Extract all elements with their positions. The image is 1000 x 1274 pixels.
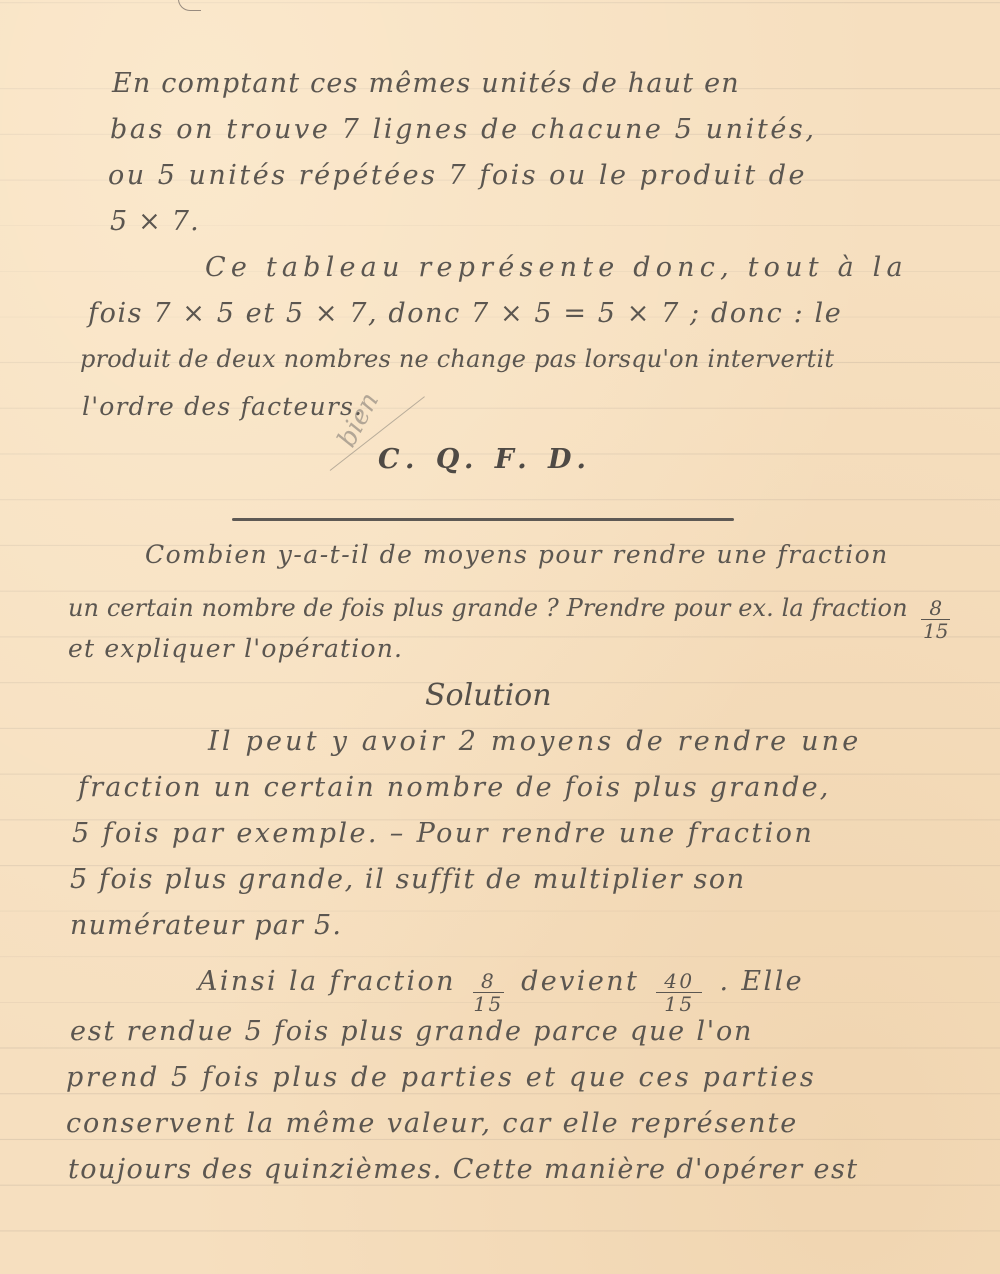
solution-line: conservent la même valeur, car elle repr…	[66, 1108, 798, 1139]
text-line: En comptant ces mêmes unités de haut en	[112, 68, 962, 99]
fraction-denominator: 15	[664, 993, 694, 1015]
fraction-numerator: 8	[921, 597, 950, 620]
fraction-denominator: 15	[923, 620, 949, 642]
qed-conclusion: C. Q. F. D.	[378, 444, 592, 475]
solution-line: est rendue 5 fois plus grande parce que …	[70, 1016, 753, 1047]
solution-line: 5 fois plus grande, il suffit de multipl…	[70, 864, 746, 895]
handwritten-text: En comptant ces mêmes unités de haut en	[112, 68, 740, 99]
text-line: 5 × 7.	[110, 206, 200, 237]
question-line: un certain nombre de fois plus grande ? …	[68, 587, 956, 632]
fraction-numerator: 40	[656, 970, 702, 993]
text-line: Ce tableau représente donc, tout à la	[205, 252, 908, 283]
notebook-page: En comptant ces mêmes unités de haut en …	[0, 0, 1000, 1274]
top-ink-mark	[178, 0, 201, 11]
handwritten-text: devient	[521, 966, 639, 997]
solution-line: fraction un certain nombre de fois plus …	[78, 772, 831, 803]
question-line: Combien y-a-t-il de moyens pour rendre u…	[145, 540, 889, 569]
solution-line: numérateur par 5.	[70, 910, 342, 941]
text-line: l'ordre des facteurs.	[82, 392, 363, 421]
section-divider	[232, 518, 734, 521]
fraction: 8 15	[921, 597, 950, 642]
handwritten-text: Ainsi la fraction	[198, 966, 456, 997]
fraction: 8 15	[473, 970, 504, 1015]
solution-line: toujours des quinzièmes. Cette manière d…	[68, 1154, 858, 1185]
solution-line: Ainsi la fraction 8 15 devient 40 15 . E…	[198, 960, 804, 1005]
text-line: produit de deux nombres ne change pas lo…	[80, 345, 834, 373]
handwritten-text: un certain nombre de fois plus grande ? …	[68, 594, 908, 622]
question-line: et expliquer l'opération.	[68, 634, 403, 663]
text-line: fois 7 × 5 et 5 × 7, donc 7 × 5 = 5 × 7 …	[88, 298, 842, 329]
solution-line: prend 5 fois plus de parties et que ces …	[66, 1062, 816, 1093]
solution-line: Il peut y avoir 2 moyens de rendre une	[208, 726, 861, 757]
handwritten-text: . Elle	[719, 966, 804, 997]
fraction-numerator: 8	[473, 970, 504, 993]
fraction: 40 15	[656, 970, 702, 1015]
solution-title: Solution	[425, 678, 552, 713]
text-line: bas on trouve 7 lignes de chacune 5 unit…	[110, 114, 980, 145]
fraction-denominator: 15	[473, 993, 503, 1015]
solution-line: 5 fois par exemple. – Pour rendre une fr…	[72, 818, 814, 849]
text-line: ou 5 unités répétées 7 fois ou le produi…	[108, 160, 978, 191]
